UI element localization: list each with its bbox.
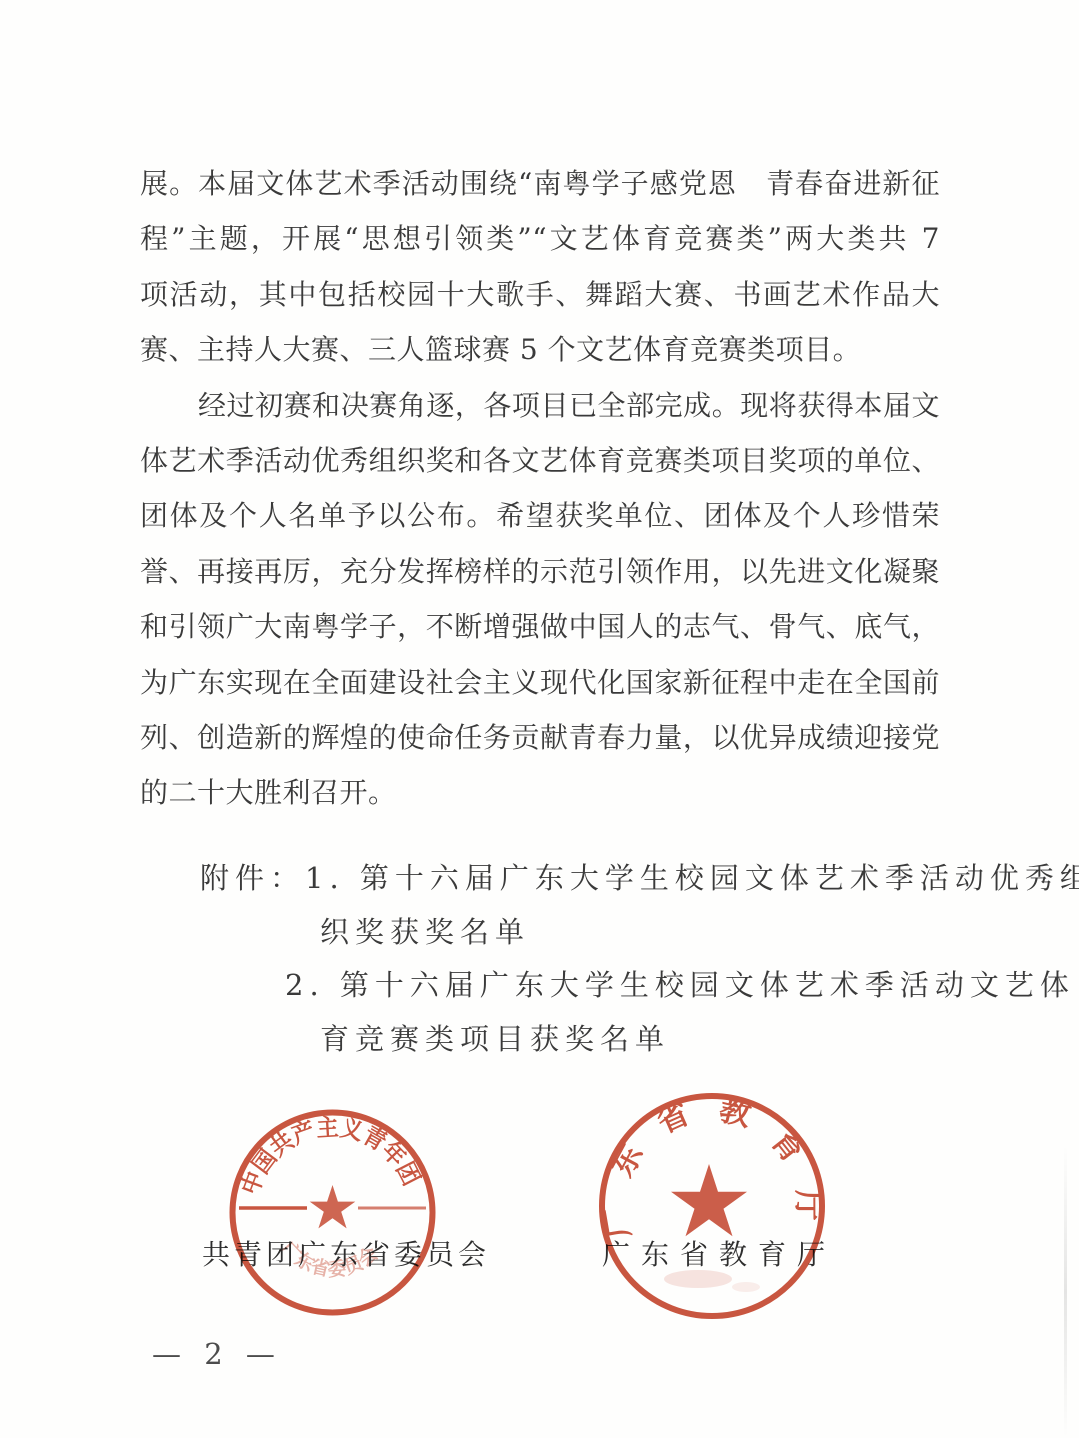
page-number: — 2 —	[152, 1337, 277, 1371]
star-icon	[671, 1164, 747, 1236]
official-seal-right: 广东省教育厅	[596, 1089, 828, 1323]
body-line: 的二十大胜利召开。	[140, 765, 940, 820]
body-line: 程”主题，开展“思想引领类”“文艺体育竞赛类”两大类共 7	[140, 211, 940, 266]
document-page: 展。本届文体艺术季活动围绕“南粤学子感党恩 青春奋进新征 程”主题，开展“思想引…	[0, 0, 1079, 1438]
seal-bottom-text: 广东省委员会	[277, 1237, 383, 1281]
attachment-line: 2. 第十六届广东大学生校园文体艺术季活动文艺体	[200, 959, 980, 1013]
attachment-line: 附件：1. 第十六届广东大学生校园文体艺术季活动优秀组	[200, 852, 980, 906]
seal-smudge	[664, 1270, 732, 1288]
body-line: 赛、主持人大赛、三人篮球赛 5 个文艺体育竞赛类项目。	[140, 322, 940, 377]
scan-artifact	[1064, 1145, 1067, 1438]
body-line: 誉、再接再厉，充分发挥榜样的示范引领作用，以先进文化凝聚	[140, 544, 940, 599]
body-line: 体艺术季活动优秀组织奖和各文艺体育竞赛类项目奖项的单位、	[140, 433, 940, 488]
body-line: 经过初赛和决赛角逐，各项目已全部完成。现将获得本届文	[140, 378, 940, 433]
body-line: 项活动，其中包括校园十大歌手、舞蹈大赛、书画艺术作品大	[140, 267, 940, 322]
attachment-line: 织奖获奖名单	[200, 906, 980, 960]
body-line: 列、创造新的辉煌的使命任务贡献青春力量，以优异成绩迎接党	[140, 710, 940, 765]
body-line: 团体及个人名单予以公布。希望获奖单位、团体及个人珍惜荣	[140, 488, 940, 543]
body-text-block: 展。本届文体艺术季活动围绕“南粤学子感党恩 青春奋进新征 程”主题，开展“思想引…	[140, 156, 940, 821]
body-line: 和引领广大南粤学子，不断增强做中国人的志气、骨气、底气，	[140, 599, 940, 654]
body-line: 为广东实现在全面建设社会主义现代化国家新征程中走在全国前	[140, 655, 940, 710]
seal-smudge	[732, 1282, 760, 1292]
star-icon	[310, 1185, 356, 1228]
attachment-block: 附件：1. 第十六届广东大学生校园文体艺术季活动优秀组 织奖获奖名单 2. 第十…	[200, 852, 980, 1066]
attachment-line: 育竞赛类项目获奖名单	[200, 1013, 980, 1067]
official-seal-left: 中国共产主义青年团 广东省委员会	[226, 1106, 439, 1319]
seal-arc-text: 中国共产主义青年团	[235, 1112, 427, 1198]
body-line: 展。本届文体艺术季活动围绕“南粤学子感党恩 青春奋进新征	[140, 156, 940, 211]
